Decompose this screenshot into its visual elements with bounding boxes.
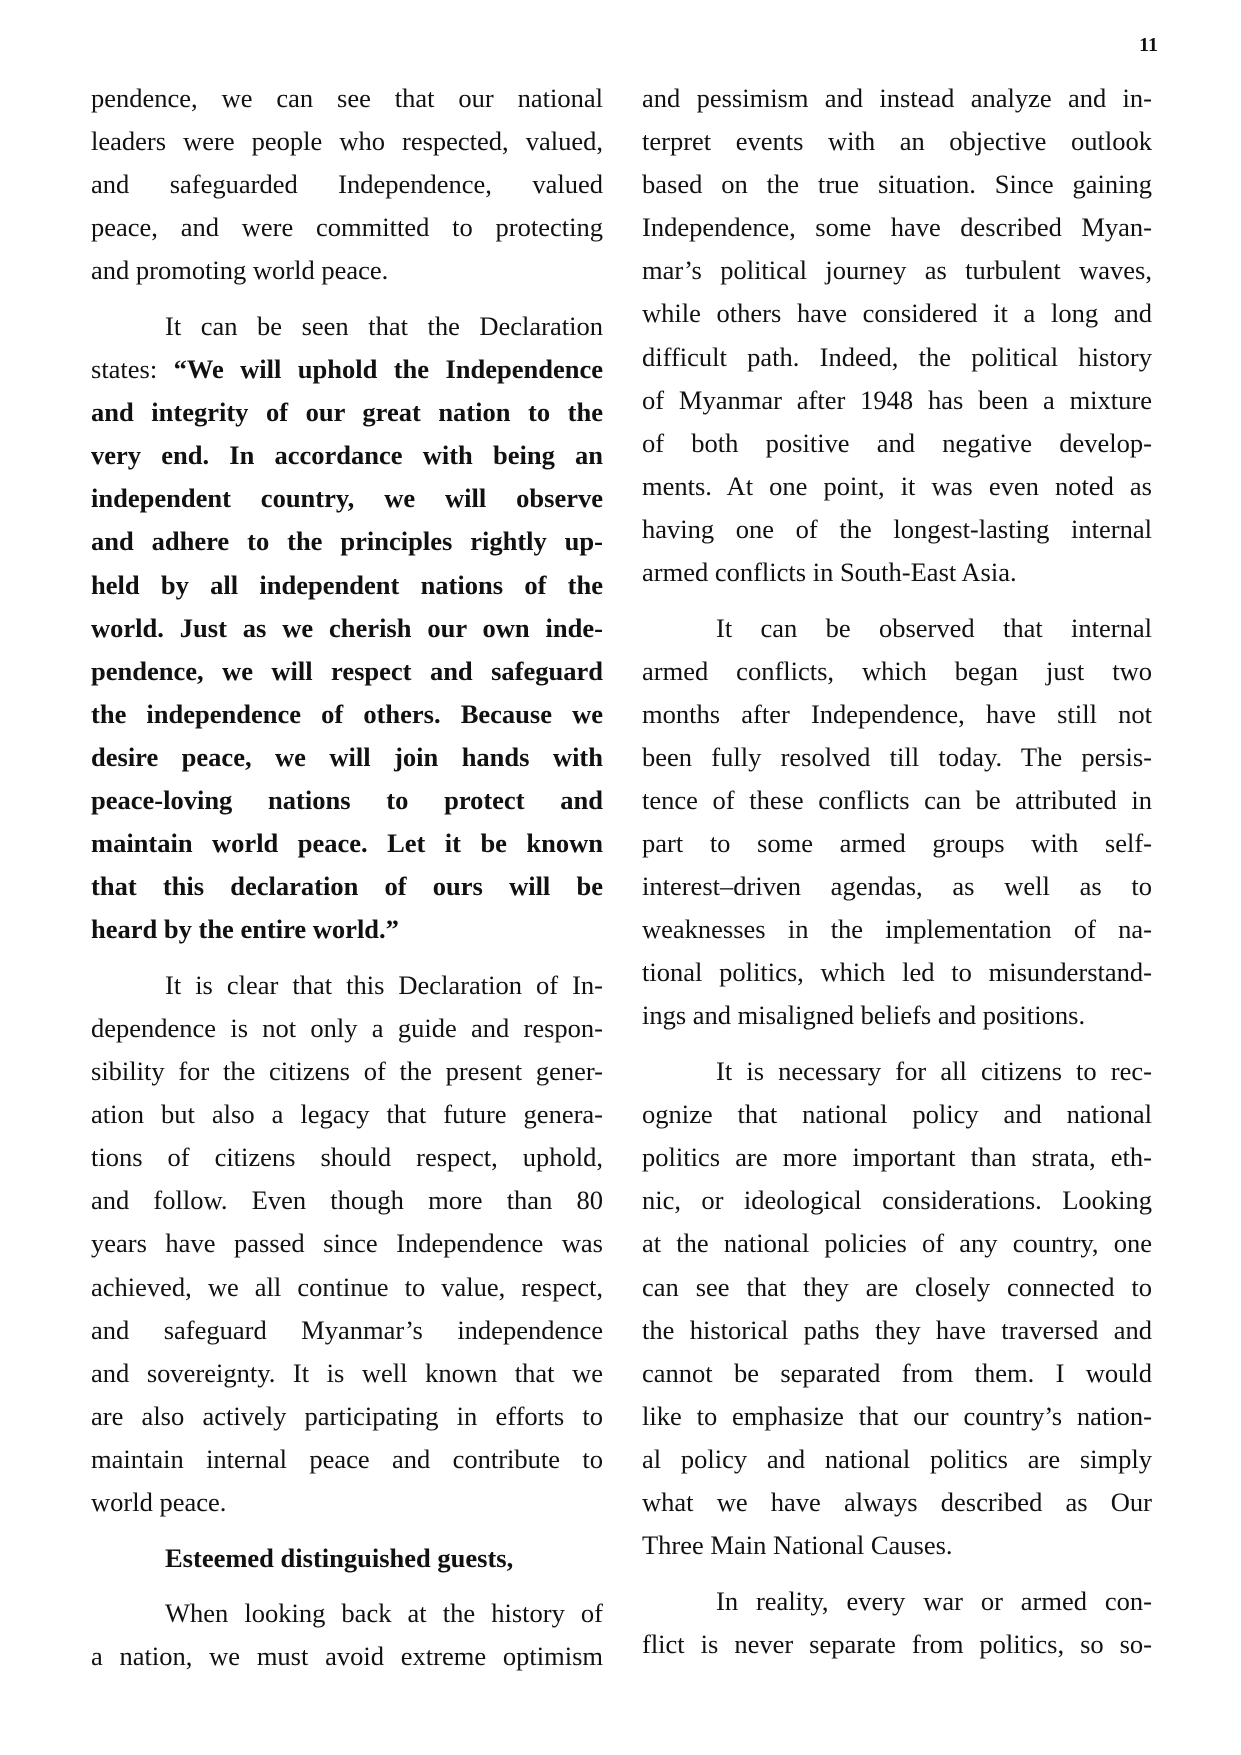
text-line: When looking back at the history of [91, 1592, 603, 1635]
text-line: pendence, we can see that our national [91, 77, 603, 120]
text-line: dependence is not only a guide and respo… [91, 1007, 603, 1050]
text-line: and sovereignty. It is well known that w… [91, 1352, 603, 1395]
quote-line: peace-loving nations to protect and [91, 779, 603, 822]
section-heading: Esteemed distinguished guests, [91, 1537, 603, 1580]
left-column: pendence, we can see that our national l… [91, 77, 603, 1691]
text-line: ments. At one point, it was even noted a… [642, 465, 1152, 508]
text-line: of Myanmar after 1948 has been a mixture [642, 379, 1152, 422]
text-line: having one of the longest-lasting intern… [642, 508, 1152, 551]
text-line: difficult path. Indeed, the political hi… [642, 336, 1152, 379]
right-column: and pessimism and instead analyze and in… [642, 77, 1152, 1678]
text-line: weaknesses in the implementation of na- [642, 908, 1152, 951]
paragraph-declaration-quote: It can be seen that the Declaration stat… [91, 305, 603, 951]
quote-line: the independence of others. Because we [91, 693, 603, 736]
text-line: It can be observed that internal [642, 607, 1152, 650]
text-line: ation but also a legacy that future gene… [91, 1093, 603, 1136]
quote-line: heard by the entire world.” [91, 908, 603, 951]
text-line: the historical paths they have traversed… [642, 1309, 1152, 1352]
text-line: like to emphasize that our country’s nat… [642, 1395, 1152, 1438]
text-line: tence of these conflicts can be attribut… [642, 779, 1152, 822]
text-line: of both positive and negative develop- [642, 422, 1152, 465]
text-line: interest–driven agendas, as well as to [642, 865, 1152, 908]
text-line: at the national policies of any country,… [642, 1222, 1152, 1265]
text-line: and follow. Even though more than 80 [91, 1179, 603, 1222]
paragraph-history: When looking back at the history of a na… [91, 1592, 603, 1678]
paragraph-armed-conflicts: It can be observed that internal armed c… [642, 607, 1152, 1038]
quote-line: and adhere to the principles rightly up- [91, 520, 603, 563]
text-line: armed conflicts, which began just two [642, 650, 1152, 693]
quote-line: held by all independent nations of the [91, 564, 603, 607]
text-line: a nation, we must avoid extreme optimism [91, 1635, 603, 1678]
paragraph-political-journey: and pessimism and instead analyze and in… [642, 77, 1152, 594]
text-line: and safeguarded Independence, valued [91, 163, 603, 206]
text-line: part to some armed groups with self- [642, 822, 1152, 865]
text-line: It is necessary for all citizens to rec- [642, 1050, 1152, 1093]
text-line: Three Main National Causes. [642, 1524, 1152, 1567]
quote-line: world. Just as we cherish our own inde- [91, 607, 603, 650]
text-line: maintain internal peace and contribute t… [91, 1438, 603, 1481]
text-line: armed conflicts in South-East Asia. [642, 551, 1152, 594]
text-line: In reality, every war or armed con- [642, 1580, 1152, 1623]
text-line: terpret events with an objective outlook [642, 120, 1152, 163]
text-line: nic, or ideological considerations. Look… [642, 1179, 1152, 1222]
text-line: It can be seen that the Declaration [91, 305, 603, 348]
text-line: and pessimism and instead analyze and in… [642, 77, 1152, 120]
quote-text: “We will uphold the Independence [174, 354, 603, 384]
text-line: tions of citizens should respect, uphold… [91, 1136, 603, 1179]
quote-line: desire peace, we will join hands with [91, 736, 603, 779]
quote-line: pendence, we will respect and safeguard [91, 650, 603, 693]
text-line: can see that they are closely connected … [642, 1266, 1152, 1309]
text-line: leaders were people who respected, value… [91, 120, 603, 163]
quote-line: independent country, we will observe [91, 477, 603, 520]
text-line: al policy and national politics are simp… [642, 1438, 1152, 1481]
text-line: politics are more important than strata,… [642, 1136, 1152, 1179]
text-line: cannot be separated from them. I would [642, 1352, 1152, 1395]
text-line: ings and misaligned beliefs and position… [642, 994, 1152, 1037]
text-line: and promoting world peace. [91, 249, 603, 292]
quote-line: that this declaration of ours will be [91, 865, 603, 908]
text-line: flict is never separate from politics, s… [642, 1623, 1152, 1666]
text-line: It is clear that this Declaration of In- [91, 964, 603, 1007]
page-number: 11 [1139, 34, 1158, 57]
text-line: been fully resolved till today. The pers… [642, 736, 1152, 779]
text-line: are also actively participating in effor… [91, 1395, 603, 1438]
text-line: achieved, we all continue to value, resp… [91, 1266, 603, 1309]
paragraph-war-politics: In reality, every war or armed con- flic… [642, 1580, 1152, 1666]
text-line: years have passed since Independence was [91, 1222, 603, 1265]
paragraph-legacy: It is clear that this Declaration of In-… [91, 964, 603, 1524]
text-line: what we have always described as Our [642, 1481, 1152, 1524]
text-line: while others have considered it a long a… [642, 292, 1152, 335]
text-line: world peace. [91, 1481, 603, 1524]
text-line: sibility for the citizens of the present… [91, 1050, 603, 1093]
text-line: Independence, some have described Myan- [642, 206, 1152, 249]
paragraph-national-policy: It is necessary for all citizens to rec-… [642, 1050, 1152, 1567]
text-line: and safeguard Myanmar’s independence [91, 1309, 603, 1352]
text-line: months after Independence, have still no… [642, 693, 1152, 736]
paragraph-leaders: pendence, we can see that our national l… [91, 77, 603, 292]
text-line: ognize that national policy and national [642, 1093, 1152, 1136]
text-line: states: “We will uphold the Independence [91, 348, 603, 391]
text-line: tional politics, which led to misunderst… [642, 951, 1152, 994]
quote-intro: states: [91, 354, 174, 384]
text-line: based on the true situation. Since gaini… [642, 163, 1152, 206]
quote-line: maintain world peace. Let it be known [91, 822, 603, 865]
quote-line: and integrity of our great nation to the [91, 391, 603, 434]
text-line: peace, and were committed to protecting [91, 206, 603, 249]
quote-line: very end. In accordance with being an [91, 434, 603, 477]
text-line: mar’s political journey as turbulent wav… [642, 249, 1152, 292]
